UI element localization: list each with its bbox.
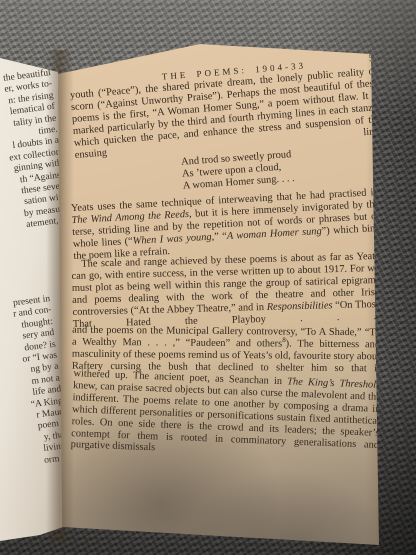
- left-page-upper-fragments: the beautifuler, works to-n: the risingl…: [0, 67, 63, 233]
- text-segment: ,” “: [211, 231, 227, 243]
- paragraph-scale-part3: withered up. The ancient poet, as Seanch…: [71, 368, 382, 463]
- left-page-lower-fragments: present inr and con-thought:sery anddone…: [0, 293, 63, 470]
- book-photo-scene: the beautifuler, works to-n: the risingl…: [0, 0, 416, 555]
- right-book-page: THE POEMS: 1904-33 55 youth (“Peace”), t…: [56, 42, 386, 555]
- verse-quote: And trod so sweetly proud As ’twere upon…: [181, 143, 381, 192]
- paragraph-scale-part1: The scale and range achieved by these po…: [71, 251, 381, 330]
- text-segment: knew, can praise sacred objects but can …: [71, 380, 381, 454]
- left-book-page: the beautifuler, works to-n: the risingl…: [0, 54, 63, 546]
- text-segment: Responsibilities: [267, 299, 333, 312]
- paragraph-scale-part2: and the poems on the Municipal Gallery c…: [72, 325, 380, 375]
- page-content: THE POEMS: 1904-33 55 youth (“Peace”), t…: [60, 44, 394, 457]
- left-page-text-line: orm of: [44, 452, 63, 466]
